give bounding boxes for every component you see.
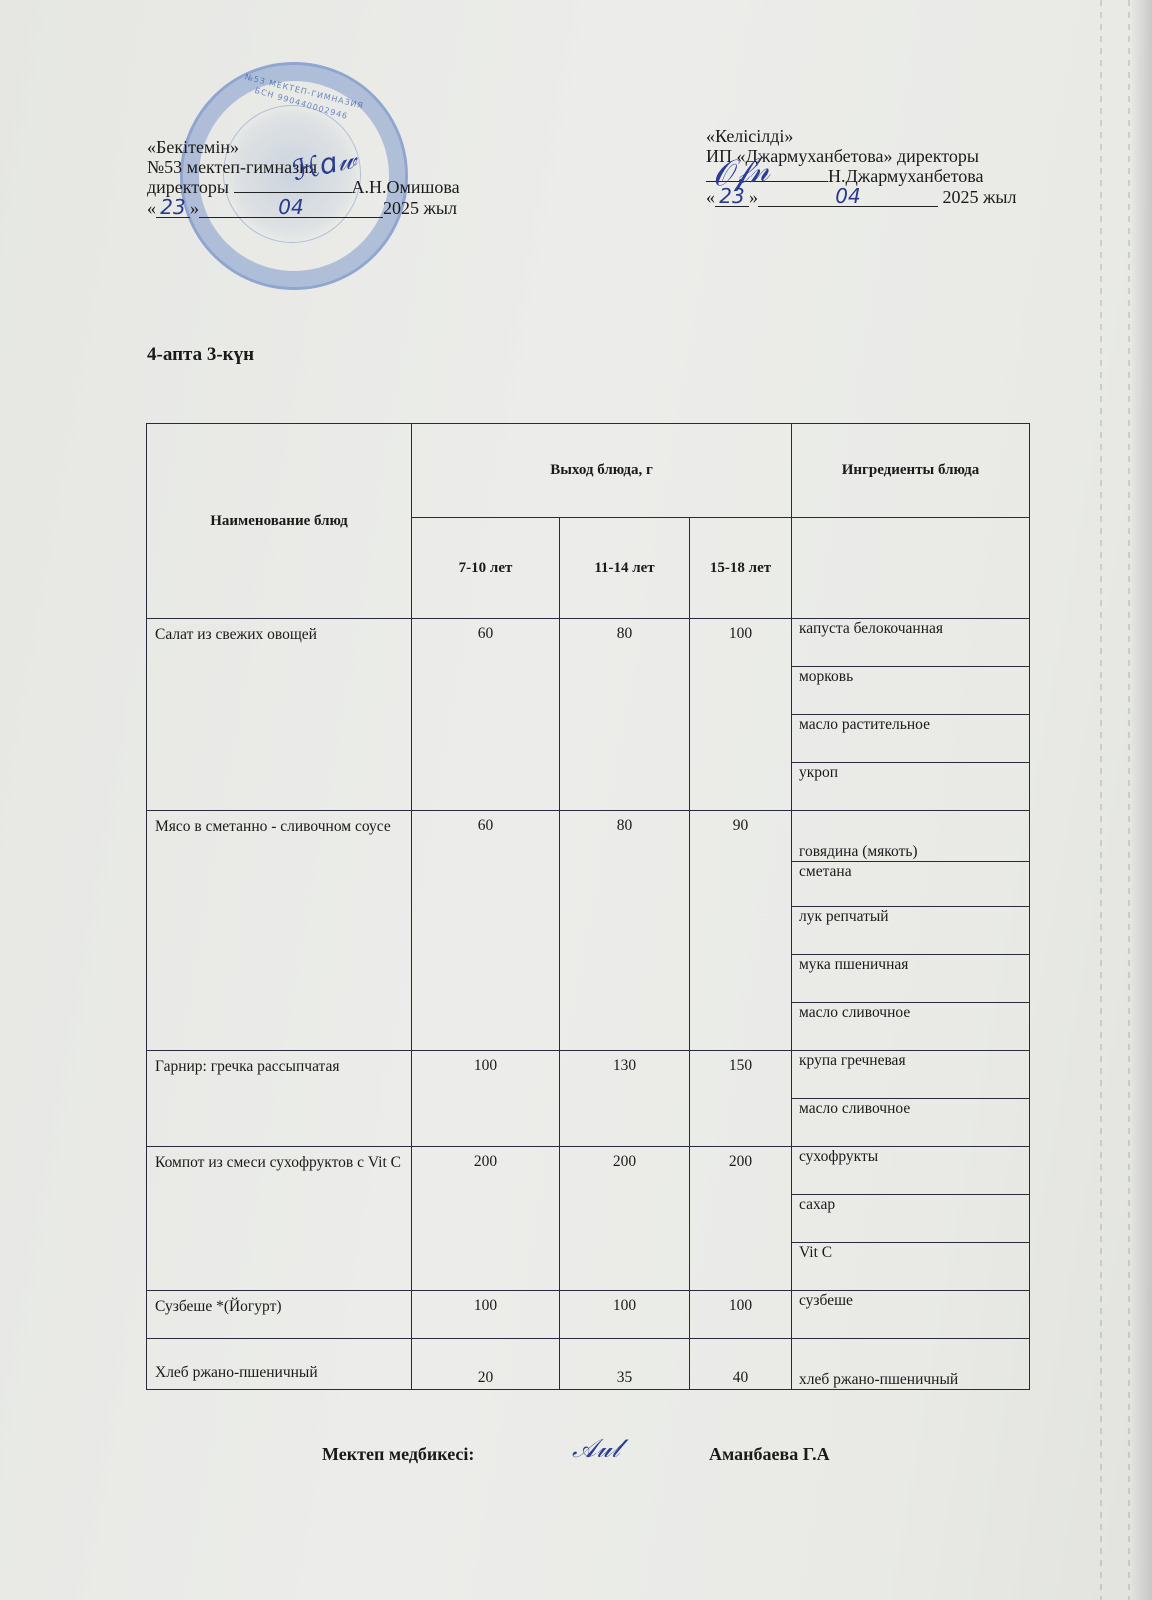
dish-name: Сузбеше *(Йогурт): [147, 1291, 412, 1339]
approval-date: «23»042025 жыл: [147, 197, 460, 218]
ingredient: сметана: [792, 862, 1030, 907]
table-row: Компот из смеси сухофруктов с Vit C20020…: [147, 1147, 1030, 1195]
nurse-name: Аманбаева Г.А: [709, 1444, 830, 1465]
ingredient: говядина (мякоть): [792, 811, 1030, 862]
yield-age-11-14: 130: [560, 1051, 690, 1147]
yield-age-15-18: 200: [690, 1147, 792, 1291]
yield-age-15-18: 100: [690, 1291, 792, 1339]
paper-edge: [1130, 0, 1152, 1600]
dish-name: Мясо в сметанно - сливочном соусе: [147, 811, 412, 1051]
header-yield: Выход блюда, г: [412, 424, 792, 518]
yield-age-7-10: 20: [412, 1339, 560, 1390]
yield-age-7-10: 200: [412, 1147, 560, 1291]
ingredient: лук репчатый: [792, 907, 1030, 955]
yield-age-11-14: 80: [560, 811, 690, 1051]
stamp-text: №53 МЕКТЕП-ГИМНАЗИЯ: [244, 72, 365, 110]
ingredient: масло сливочное: [792, 1099, 1030, 1147]
yield-age-15-18: 40: [690, 1339, 792, 1390]
ingredient: морковь: [792, 667, 1030, 715]
ingredient: масло сливочное: [792, 1003, 1030, 1051]
table-row: Мясо в сметанно - сливочном соусе608090г…: [147, 811, 1030, 862]
date-day: 23: [156, 197, 190, 218]
dish-name: Хлеб ржано-пшеничный: [147, 1339, 412, 1390]
paper-fold: [1100, 0, 1102, 1600]
yield-age-7-10: 100: [412, 1051, 560, 1147]
header-dish-name: Наименование блюд: [147, 424, 412, 619]
yield-age-11-14: 80: [560, 619, 690, 811]
nurse-label: Мектеп медбикесі:: [322, 1444, 474, 1464]
header-age-7-10: 7-10 лет: [412, 518, 560, 619]
ingredient: масло растительное: [792, 715, 1030, 763]
approval-title: «Келісілді»: [706, 126, 1017, 146]
ingredient: сузбеше: [792, 1291, 1030, 1339]
date-month: 04: [758, 186, 938, 207]
dish-name: Салат из свежих овощей: [147, 619, 412, 811]
day-title: 4-апта 3-күн: [147, 344, 254, 366]
signature-line: [234, 192, 352, 193]
dish-name: Гарнир: гречка рассыпчатая: [147, 1051, 412, 1147]
header-empty: [792, 518, 1030, 619]
ingredient: сухофрукты: [792, 1147, 1030, 1195]
ingredient: крупа гречневая: [792, 1051, 1030, 1099]
yield-age-7-10: 100: [412, 1291, 560, 1339]
yield-age-11-14: 35: [560, 1339, 690, 1390]
footer-signoff: Мектеп медбикесі: 𝒜𝓊𝓁 Аманбаева Г.А: [322, 1444, 474, 1465]
signer-name: А.Н.Омишова: [352, 177, 460, 197]
header-age-11-14: 11-14 лет: [560, 518, 690, 619]
ingredient: укроп: [792, 763, 1030, 811]
signer-name: Н.Джармуханбетова: [828, 166, 984, 186]
yield-age-7-10: 60: [412, 811, 560, 1051]
ingredient: хлеб ржано-пшеничный: [792, 1339, 1030, 1390]
nurse-signature-icon: 𝒜𝓊𝓁: [572, 1434, 620, 1465]
ingredient: мука пшеничная: [792, 955, 1030, 1003]
header-ingredients: Ингредиенты блюда: [792, 424, 1030, 518]
ingredient: капуста белокочанная: [792, 619, 1030, 667]
yield-age-7-10: 60: [412, 619, 560, 811]
table-row: Салат из свежих овощей6080100капуста бел…: [147, 619, 1030, 667]
yield-age-15-18: 150: [690, 1051, 792, 1147]
header-age-15-18: 15-18 лет: [690, 518, 792, 619]
ingredient: Vit C: [792, 1243, 1030, 1291]
ingredient: сахар: [792, 1195, 1030, 1243]
table-row: Гарнир: гречка рассыпчатая100130150крупа…: [147, 1051, 1030, 1099]
dish-name: Компот из смеси сухофруктов с Vit C: [147, 1147, 412, 1291]
stamp-bin: БСН 990440002946: [254, 86, 349, 121]
yield-age-11-14: 100: [560, 1291, 690, 1339]
table-row: Хлеб ржано-пшеничный203540хлеб ржано-пше…: [147, 1339, 1030, 1390]
date-year: 2025 жыл: [943, 187, 1017, 207]
date-month: 04: [199, 197, 383, 218]
yield-age-15-18: 90: [690, 811, 792, 1051]
yield-age-11-14: 200: [560, 1147, 690, 1291]
menu-table: Наименование блюд Выход блюда, г Ингреди…: [146, 423, 1030, 1390]
yield-age-15-18: 100: [690, 619, 792, 811]
date-year: 2025 жыл: [383, 198, 457, 218]
table-row: Сузбеше *(Йогурт)100100100сузбеше: [147, 1291, 1030, 1339]
contractor-signature-icon: 𝒪𝒻𝓃: [710, 149, 771, 195]
